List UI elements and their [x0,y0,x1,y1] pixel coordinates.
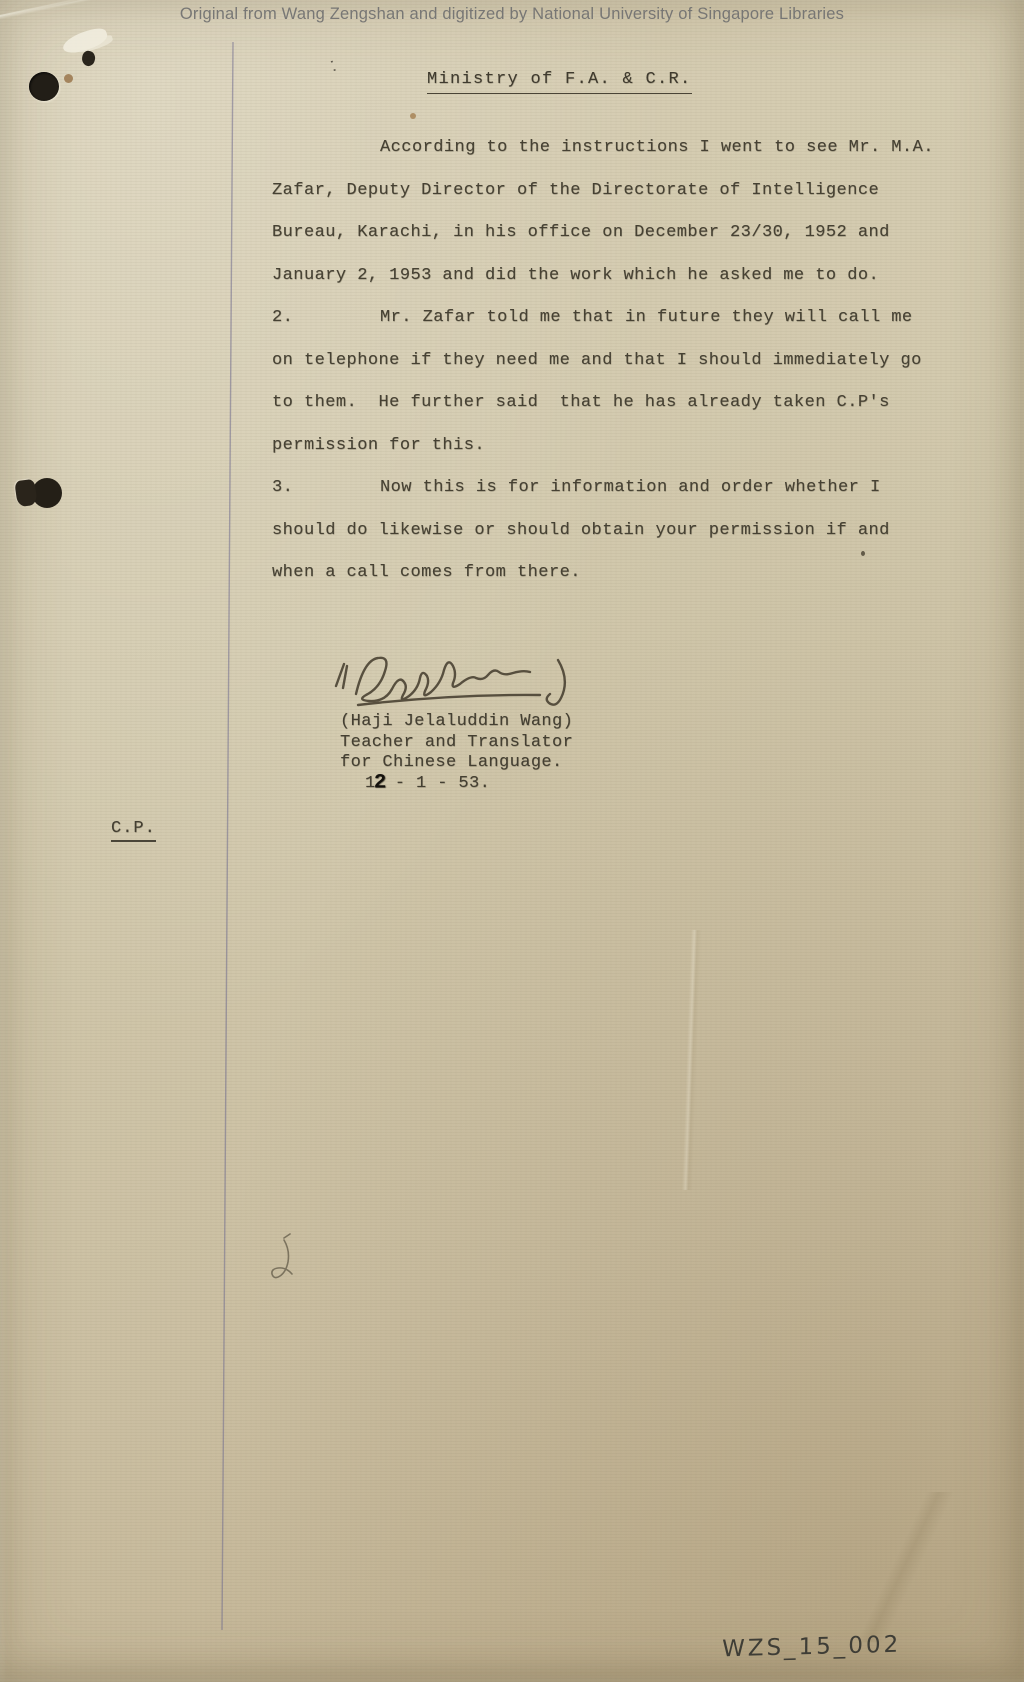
body-line-text: Now this is for information and order wh… [380,478,881,497]
punch-hole-blob [32,478,62,508]
rust-stain [64,74,73,83]
signer-title: for Chinese Language. [340,753,573,774]
letter-body: According to the instructions I went to … [272,127,952,595]
paragraph-number: 2. [272,297,380,340]
punch-hole-top [29,72,59,101]
signer-title: Teacher and Translator [340,733,573,754]
stray-typed-mark: .. [326,55,346,76]
body-line: Bureau, Karachi, in his office on Decemb… [272,212,952,255]
body-line: 2.Mr. Zafar told me that in future they … [272,297,952,340]
date-rest: - 1 - 53. [384,774,490,793]
catalog-code: WZS_15_002 [722,1632,901,1663]
body-line: According to the instructions I went to … [272,127,952,170]
body-line: permission for this. [272,425,952,468]
body-line: 3.Now this is for information and order … [272,467,952,510]
digitization-watermark: Original from Wang Zengshan and digitize… [0,5,1024,24]
paper-crease [660,930,720,1190]
document-title: Ministry of F.A. & C.R. [427,70,692,94]
body-line: should do likewise or should obtain your… [272,510,952,553]
signature-date: 12 - 1 - 53. [340,774,573,795]
ink-spot [80,50,96,68]
scanned-letter-page: Original from Wang Zengshan and digitize… [0,0,1024,1682]
body-line: Zafar, Deputy Director of the Directorat… [272,170,952,213]
paper-speck [410,113,416,119]
body-line: on telephone if they need me and that I … [272,340,952,383]
signature-block: (Haji Jelaluddin Wang) Teacher and Trans… [340,712,573,794]
handwritten-signature [322,642,632,720]
signer-name: (Haji Jelaluddin Wang) [340,712,573,733]
paper-crease [784,1492,1024,1642]
pencil-doodle [262,1232,312,1292]
punch-hole-blob [14,479,37,508]
body-line: to them. He further said that he has alr… [272,382,952,425]
body-line-text: Mr. Zafar told me that in future they wi… [380,308,913,327]
paragraph-number: 3. [272,467,380,510]
body-line: January 2, 1953 and did the work which h… [272,255,952,298]
overwritten-digit: 2 [373,772,386,796]
body-line: when a call comes from there. [272,552,952,595]
punch-hole-middle [16,477,62,509]
reference-initials: C.P. [111,819,156,842]
